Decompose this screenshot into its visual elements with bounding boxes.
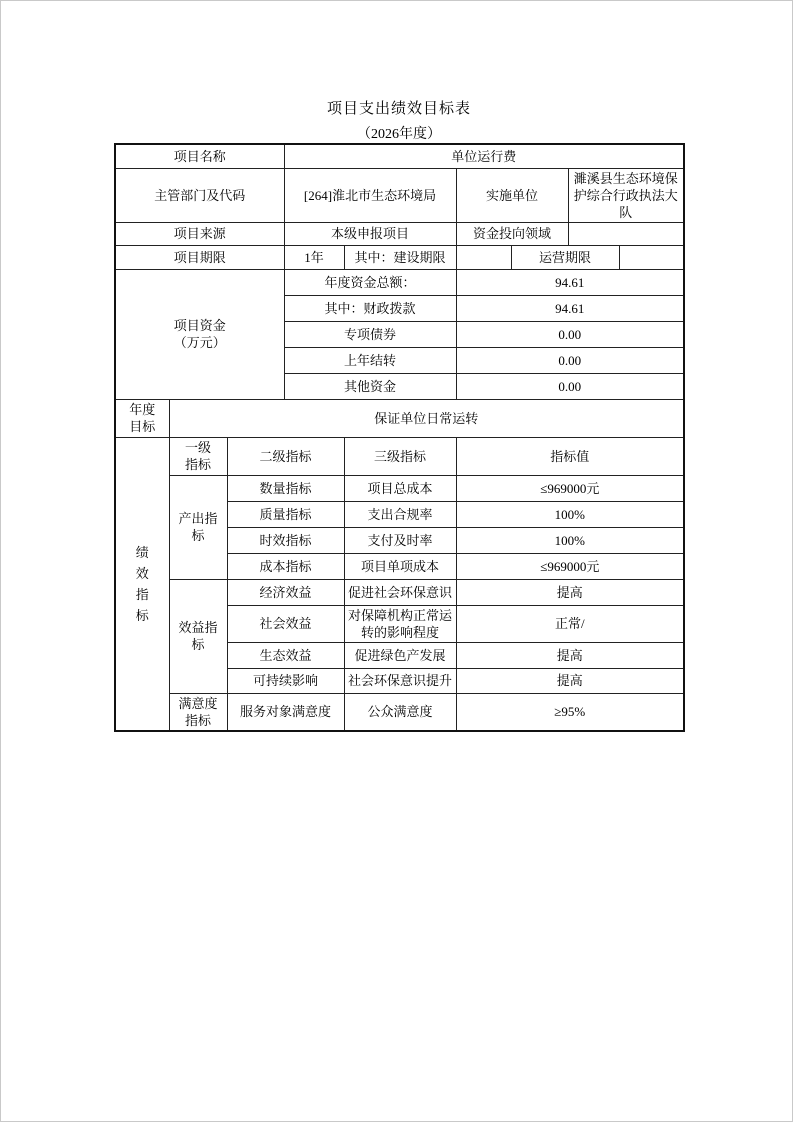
perf-l2: 数量指标: [227, 475, 344, 501]
funds-label-line1: 项目资金: [174, 318, 226, 333]
perf-l2: 可持续影响: [227, 668, 344, 693]
perf-group-satisfaction: 满意度指标: [169, 693, 227, 731]
performance-target-table: 项目名称 单位运行费 主管部门及代码 [264]淮北市生态环境局 实施单位 濉溪…: [114, 143, 685, 732]
perf-header-level1: 一级指标: [169, 437, 227, 475]
source-label: 项目来源: [115, 222, 284, 245]
perf-header-level2: 二级指标: [227, 437, 344, 475]
investment-field-label: 资金投向领域: [456, 222, 568, 245]
construction-period-value: [456, 245, 511, 269]
project-name-label: 项目名称: [115, 144, 284, 168]
perf-value: ≤969000元: [456, 553, 684, 579]
perf-l3: 项目单项成本: [344, 553, 456, 579]
perf-l2: 服务对象满意度: [227, 693, 344, 731]
funds-bond-value: 0.00: [456, 321, 684, 347]
funds-fiscal-label: 其中：财政拨款: [284, 295, 456, 321]
annual-goal-value: 保证单位日常运转: [169, 399, 684, 437]
funds-carryover-label: 上年结转: [284, 347, 456, 373]
perf-l2: 社会效益: [227, 605, 344, 642]
perf-l2: 经济效益: [227, 579, 344, 605]
funds-bond-label: 专项债券: [284, 321, 456, 347]
operation-period-value: [619, 245, 684, 269]
investment-field-value: [568, 222, 684, 245]
perf-l2: 时效指标: [227, 527, 344, 553]
perf-value: ≥95%: [456, 693, 684, 731]
perf-value: 提高: [456, 642, 684, 668]
perf-l3: 促进社会环保意识: [344, 579, 456, 605]
page-title: 项目支出绩效目标表: [114, 97, 684, 118]
perf-l3: 支出合规率: [344, 501, 456, 527]
project-name-value: 单位运行费: [284, 144, 684, 168]
perf-header-level3: 三级指标: [344, 437, 456, 475]
perf-l2: 质量指标: [227, 501, 344, 527]
funds-fiscal-value: 94.61: [456, 295, 684, 321]
funds-other-label: 其他资金: [284, 373, 456, 399]
perf-l3: 项目总成本: [344, 475, 456, 501]
perf-l3: 公众满意度: [344, 693, 456, 731]
construction-period-label: 其中：建设期限: [344, 245, 456, 269]
funds-other-value: 0.00: [456, 373, 684, 399]
document-page: 项目支出绩效目标表 （2026年度） 项目名称 单位运行费 主管部门及代码 [2…: [0, 0, 793, 1122]
duration-label: 项目期限: [115, 245, 284, 269]
department-label: 主管部门及代码: [115, 168, 284, 222]
perf-l3: 社会环保意识提升: [344, 668, 456, 693]
funds-label-line2: （万元）: [174, 335, 226, 350]
operation-period-label: 运营期限: [511, 245, 619, 269]
perf-l3: 支付及时率: [344, 527, 456, 553]
perf-l2: 生态效益: [227, 642, 344, 668]
perf-header-value: 指标值: [456, 437, 684, 475]
perf-group-output: 产出指标: [169, 475, 227, 579]
perf-value: 提高: [456, 579, 684, 605]
perf-value: 100%: [456, 527, 684, 553]
annual-goal-label: 年度目标: [115, 399, 169, 437]
page-subtitle: （2026年度）: [114, 123, 684, 143]
perf-group-benefit: 效益指标: [169, 579, 227, 693]
perf-l2: 成本指标: [227, 553, 344, 579]
performance-section-label: 绩效指标: [115, 437, 169, 731]
funds-label: 项目资金 （万元）: [115, 269, 284, 399]
implement-unit-label: 实施单位: [456, 168, 568, 222]
funds-total-value: 94.61: [456, 269, 684, 295]
funds-total-label: 年度资金总额：: [284, 269, 456, 295]
perf-l3: 促进绿色产发展: [344, 642, 456, 668]
funds-carryover-value: 0.00: [456, 347, 684, 373]
perf-l3: 对保障机构正常运转的影响程度: [344, 605, 456, 642]
department-value: [264]淮北市生态环境局: [284, 168, 456, 222]
implement-unit-value: 濉溪县生态环境保护综合行政执法大队: [568, 168, 684, 222]
perf-value: 提高: [456, 668, 684, 693]
perf-value: 100%: [456, 501, 684, 527]
perf-value: ≤969000元: [456, 475, 684, 501]
perf-value: 正常/: [456, 605, 684, 642]
duration-value: 1年: [284, 245, 344, 269]
source-value: 本级申报项目: [284, 222, 456, 245]
